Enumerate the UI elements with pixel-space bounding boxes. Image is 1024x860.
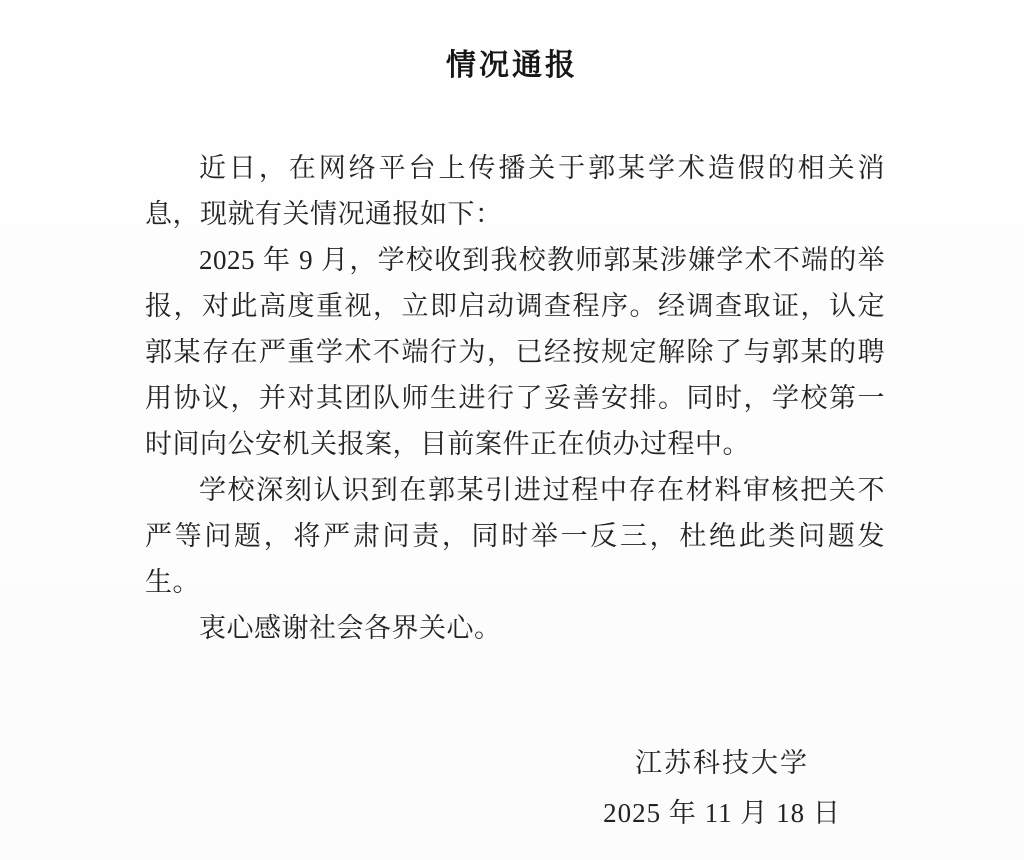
notice-paragraph-accountability: 学校深刻认识到在郭某引进过程中存在材料审核把关不严等问题，将严肃问责，同时举一反… (145, 467, 885, 605)
notice-body: 近日，在网络平台上传播关于郭某学术造假的相关消息，现就有关情况通报如下： 202… (145, 145, 885, 651)
signature-org: 江苏科技大学 (512, 738, 932, 788)
notice-paragraph-thanks: 衷心感谢社会各界关心。 (145, 605, 885, 651)
notice-paragraph-investigation: 2025 年 9 月，学校收到我校教师郭某涉嫌学术不端的举报，对此高度重视，立即… (145, 237, 885, 467)
signature-block: 江苏科技大学 2025 年 11 月 18 日 (512, 738, 932, 838)
notice-paragraph-intro: 近日，在网络平台上传播关于郭某学术造假的相关消息，现就有关情况通报如下： (145, 145, 885, 237)
notice-document: 情况通报 近日，在网络平台上传播关于郭某学术造假的相关消息，现就有关情况通报如下… (0, 0, 1024, 860)
notice-title: 情况通报 (0, 40, 1024, 84)
signature-date: 2025 年 11 月 18 日 (512, 788, 932, 838)
